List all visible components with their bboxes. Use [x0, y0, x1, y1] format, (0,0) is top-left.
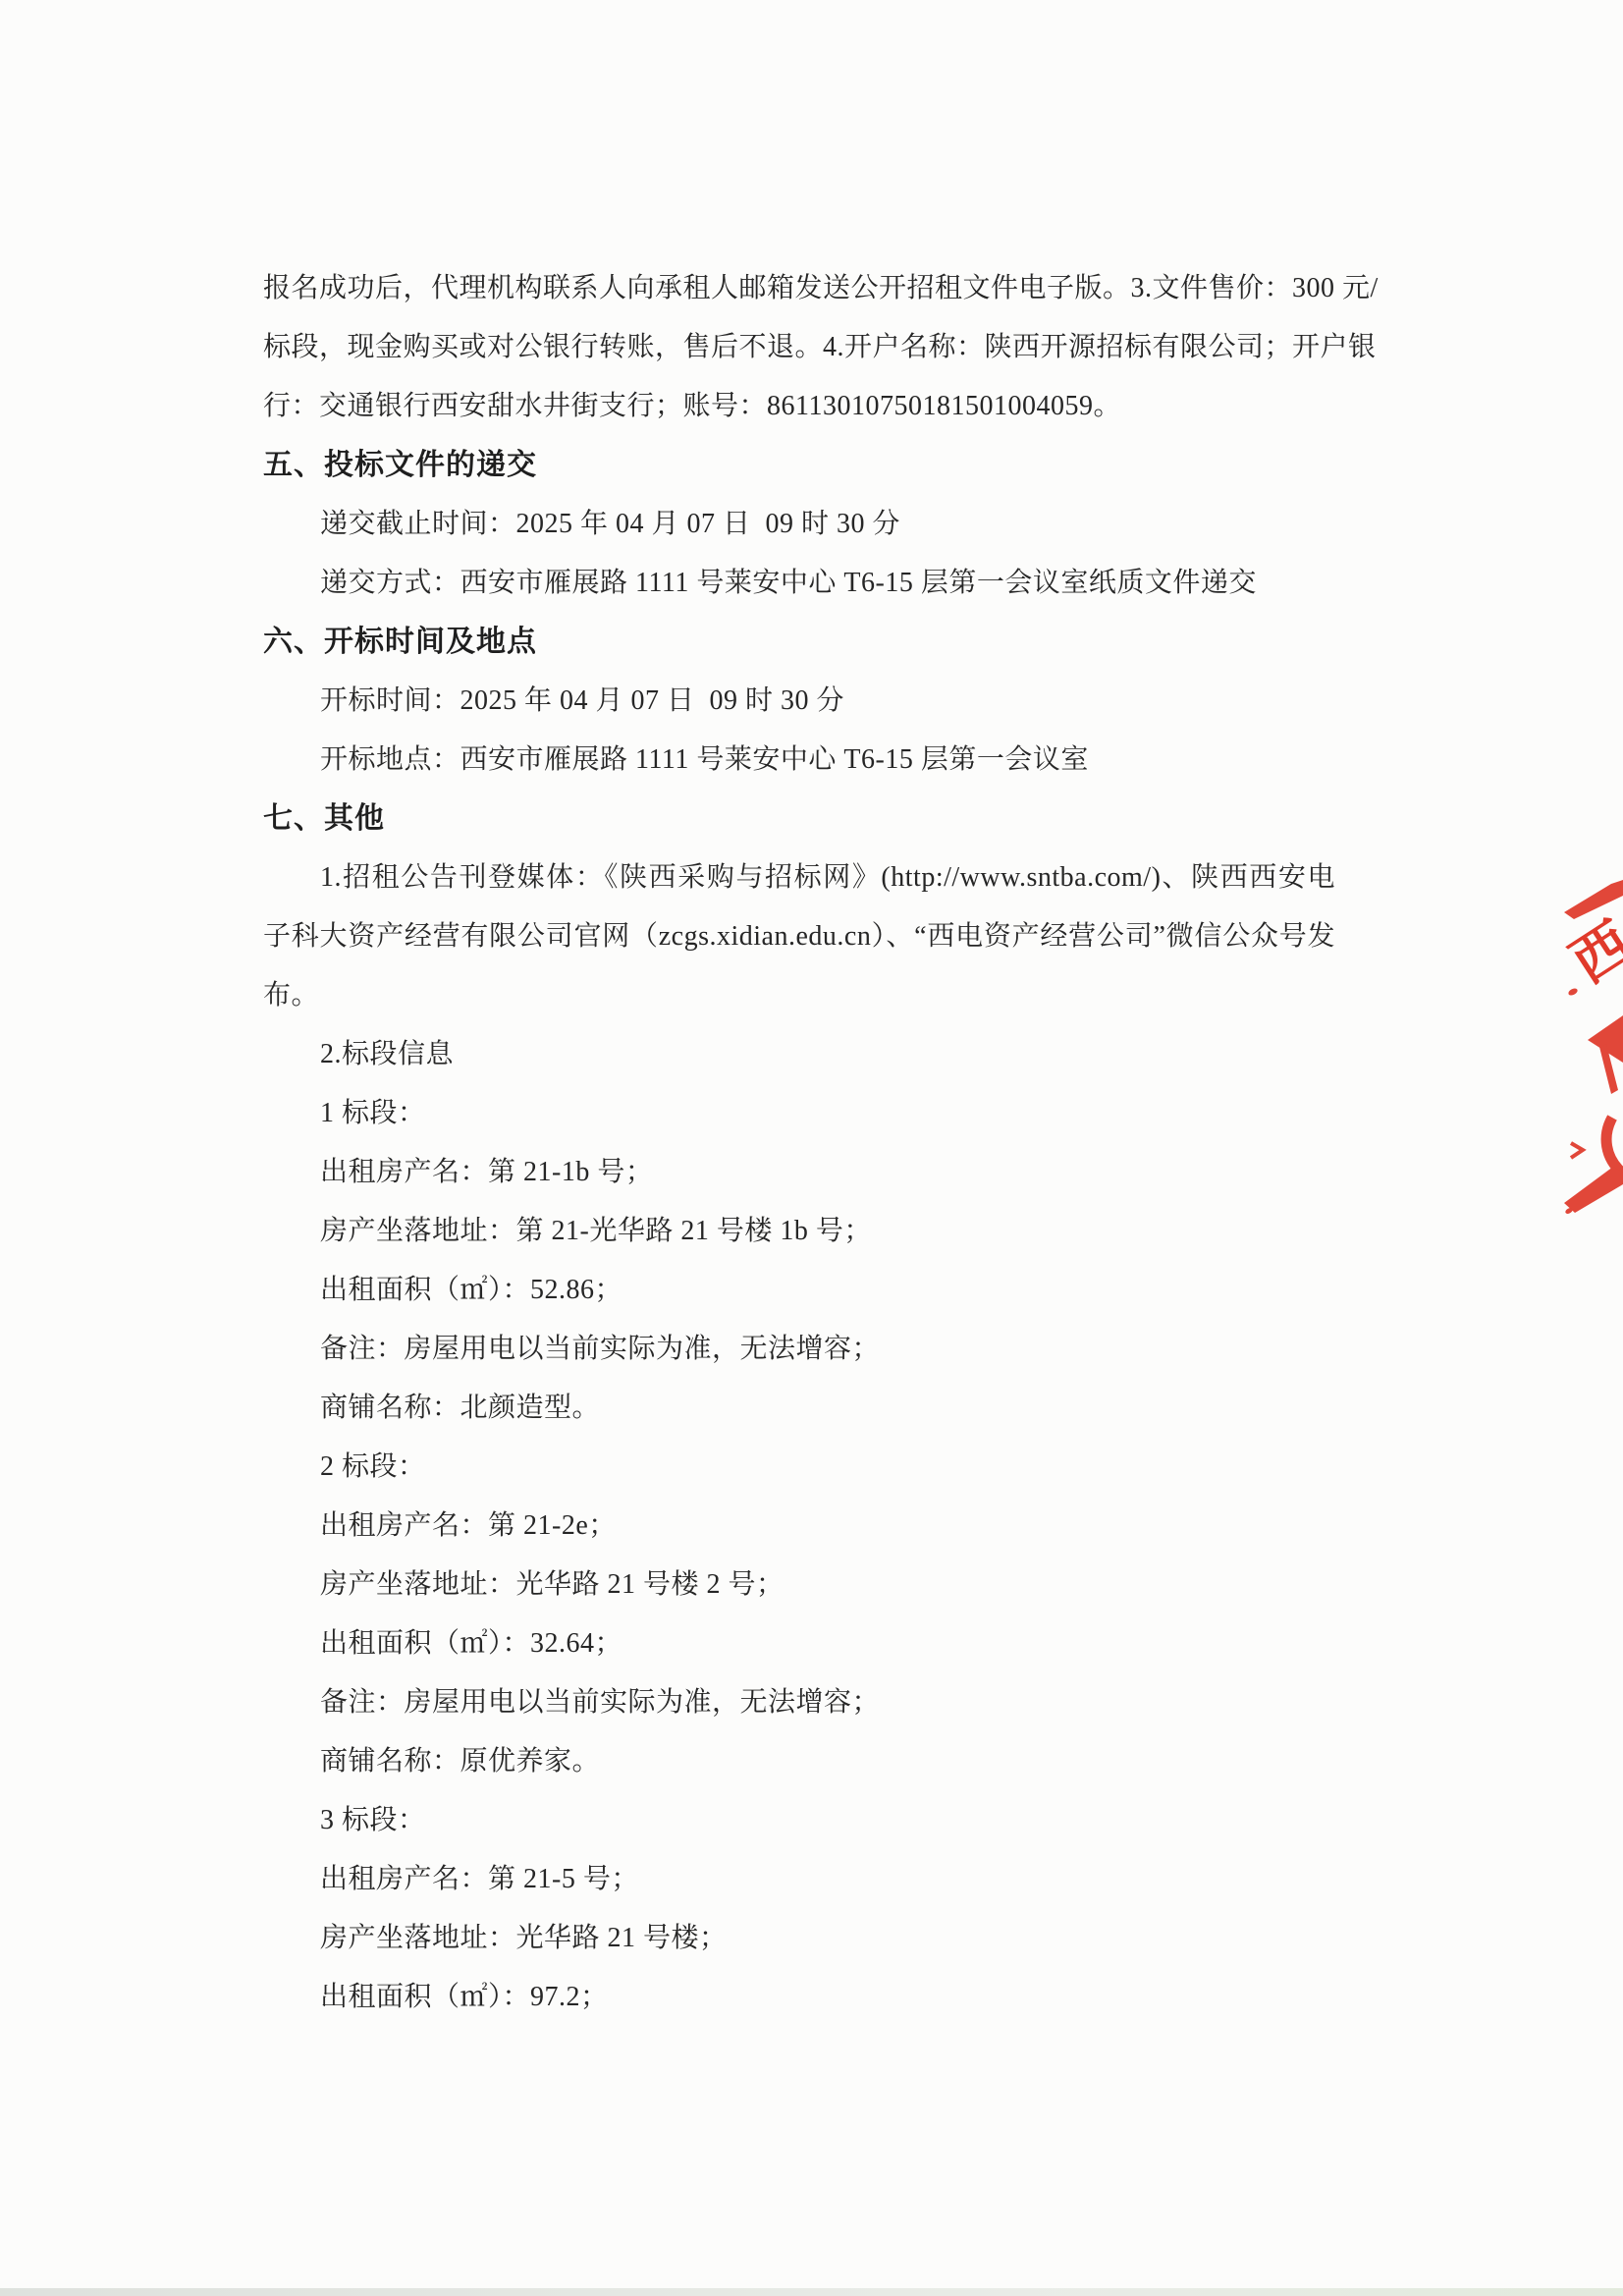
segment-1-property-name: 出租房产名：第 21-1b 号； — [263, 1143, 1335, 1202]
para-payment-line-3: 行：交通银行西安甜水井街支行；账号：8611301075018150100405… — [263, 377, 1335, 436]
segment-3-property-name: 出租房产名：第 21-5 号； — [263, 1850, 1335, 1909]
segment-2-title: 2 标段： — [263, 1438, 1335, 1497]
opening-place: 开标地点：西安市雁展路 1111 号莱安中心 T6-15 层第一会议室 — [263, 731, 1335, 790]
media-line-2: 子科大资产经营有限公司官网（zcgs.xidian.edu.cn）、“西电资产经… — [263, 907, 1335, 966]
segment-1-shop-name: 商铺名称：北颜造型。 — [263, 1379, 1335, 1438]
seal-character: 西 — [1562, 910, 1623, 995]
segment-1-address: 房产坐落地址：第 21-光华路 21 号楼 1b 号； — [263, 1202, 1335, 1261]
segment-2-address: 房产坐落地址：光华路 21 号楼 2 号； — [263, 1556, 1335, 1614]
submission-method: 递交方式：西安市雁展路 1111 号莱安中心 T6-15 层第一会议室纸质文件递… — [263, 554, 1335, 613]
seal-arc-stroke-top — [1564, 880, 1623, 919]
para-payment-line-2: 标段，现金购买或对公银行转账，售后不退。4.开户名称：陕西开源招标有限公司；开户… — [263, 318, 1335, 377]
segment-3-area: 出租面积（㎡）：97.2； — [263, 1968, 1335, 2027]
segment-1-title: 1 标段： — [263, 1084, 1335, 1143]
heading-6-opening-time-place: 六、开标时间及地点 — [263, 613, 1335, 672]
para-payment-line-1: 报名成功后，代理机构联系人向承租人邮箱发送公开招租文件电子版。3.文件售价：30… — [263, 259, 1335, 318]
segment-1-remark: 备注：房屋用电以当前实际为准，无法增容； — [263, 1320, 1335, 1379]
segment-2-property-name: 出租房产名：第 21-2e； — [263, 1497, 1335, 1556]
seal-chevron-mark — [1571, 1143, 1583, 1158]
document-page: 报名成功后，代理机构联系人向承租人邮箱发送公开招租文件电子版。3.文件售价：30… — [0, 0, 1623, 2296]
segment-3-address: 房产坐落地址：光华路 21 号楼； — [263, 1909, 1335, 1968]
section-info-title: 2.标段信息 — [263, 1025, 1335, 1084]
submission-deadline: 递交截止时间：2025 年 04 月 07 日 09 时 30 分 — [263, 495, 1335, 554]
heading-7-other: 七、其他 — [263, 790, 1335, 848]
document-body: 报名成功后，代理机构联系人向承租人邮箱发送公开招租文件电子版。3.文件售价：30… — [0, 0, 1623, 2027]
segment-2-remark: 备注：房屋用电以当前实际为准，无法增容； — [263, 1673, 1335, 1732]
seal-dot — [1567, 987, 1579, 997]
seal-curve-stroke — [1606, 1118, 1623, 1174]
media-line-3: 布。 — [263, 966, 1335, 1025]
scan-bottom-edge — [0, 2288, 1623, 2296]
segment-2-area: 出租面积（㎡）：32.64； — [263, 1614, 1335, 1673]
red-seal-fragment: 西 — [1562, 872, 1623, 1245]
heading-5-bid-submission: 五、投标文件的递交 — [263, 436, 1335, 495]
segment-3-title: 3 标段： — [263, 1791, 1335, 1850]
seal-arc-stroke-bottom — [1564, 1167, 1623, 1213]
opening-time: 开标时间：2025 年 04 月 07 日 09 时 30 分 — [263, 672, 1335, 731]
segment-2-shop-name: 商铺名称：原优养家。 — [263, 1732, 1335, 1791]
media-line-1: 1.招租公告刊登媒体：《陕西采购与招标网》(http://www.sntba.c… — [263, 848, 1335, 907]
segment-1-area: 出租面积（㎡）：52.86； — [263, 1261, 1335, 1320]
